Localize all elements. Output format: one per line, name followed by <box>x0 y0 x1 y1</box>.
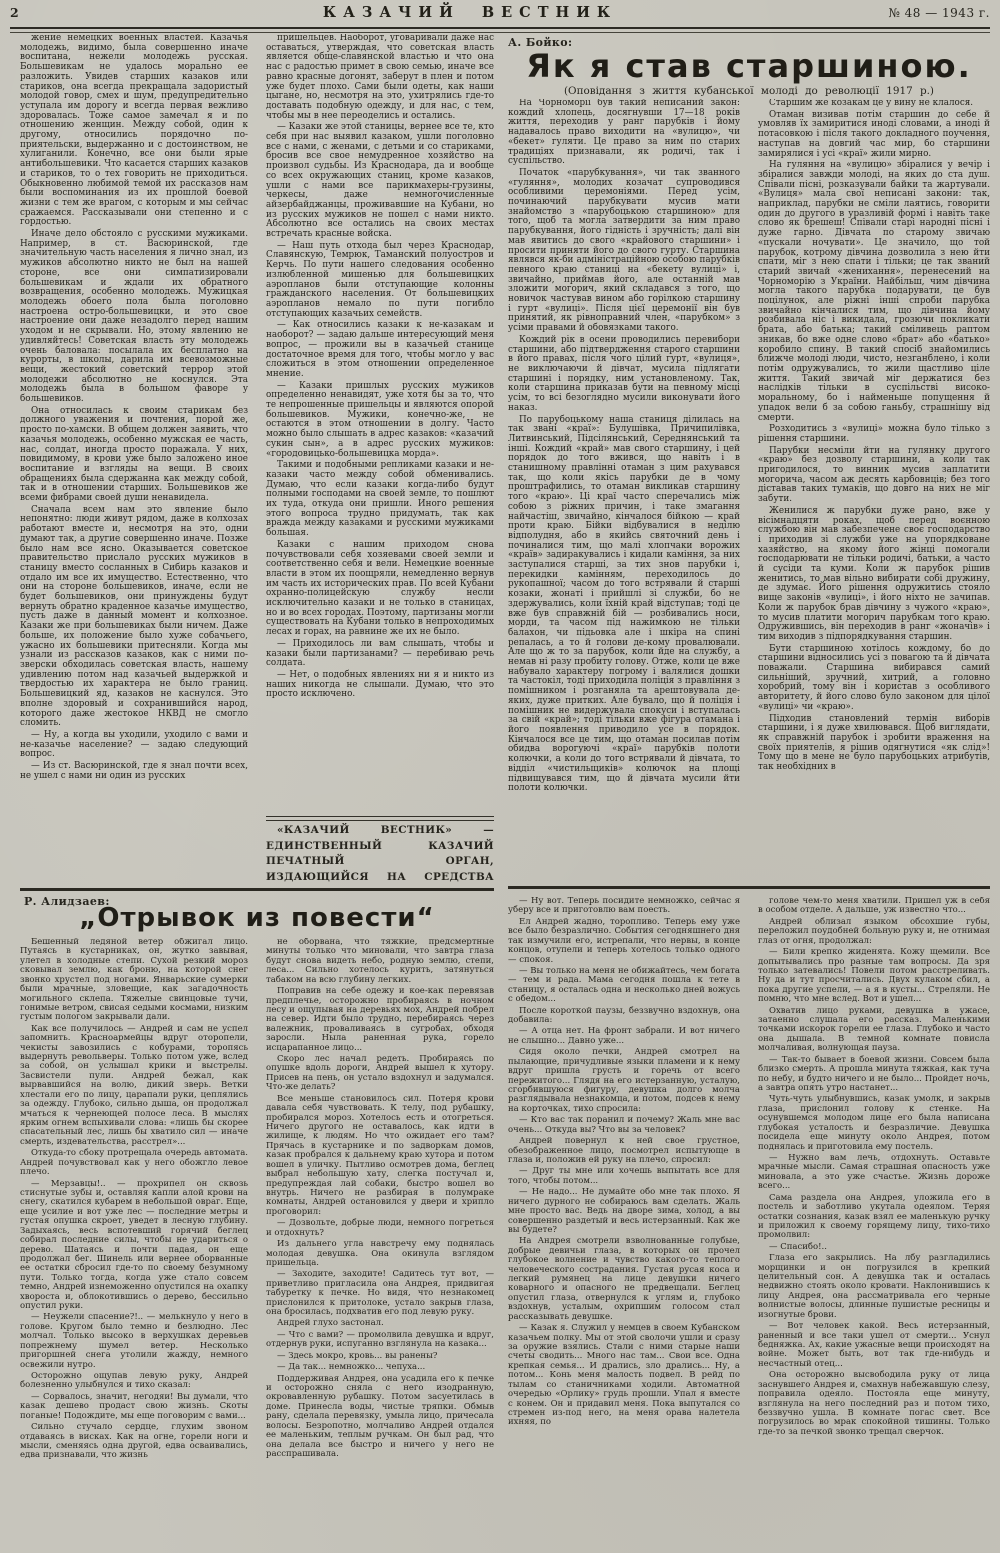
starshina-subtitle: (Оповідання з життя кубанської молоді до… <box>508 85 990 97</box>
paragraph: Иначе дело обстояло с русскими мужиками.… <box>20 230 248 405</box>
paragraph: — Казак я. Служил у немцев в своем Кубан… <box>508 1324 740 1428</box>
paragraph: Отаман визивав потім старшин до себе й у… <box>758 111 990 160</box>
paragraph: — Что с вами? — промолвила девушка и вдр… <box>266 1331 494 1350</box>
povest-column-1: Бешенный ледяной ветер обжигал лицо. Пут… <box>20 938 248 1550</box>
paragraph: — Нужно вам лечь, отдохнуть. Оставьте мр… <box>758 1154 990 1192</box>
paragraph: Как все получилось — Андрей и сам не усп… <box>20 1025 248 1147</box>
paragraph: Из дальнего угла навстречу ему поднялась… <box>266 1240 494 1268</box>
paragraph: Поправив на себе одежу и кое-как перевяз… <box>266 987 494 1053</box>
paragraph: — Не надо... Не думайте обо мне так плох… <box>508 1188 740 1235</box>
masthead: 2 КАЗАЧИЙ ВЕСТНИК № 48 — 1943 г. <box>10 4 990 24</box>
paragraph: Чуть-чуть улыбнувшись, казак умолк, и за… <box>758 1095 990 1152</box>
povest-column-2: не оборвана, что тяжкие, предсмертные ми… <box>266 938 494 1550</box>
paragraph: пришельцев. Наоборот, уговаривали даже н… <box>266 34 494 121</box>
newspaper-page: { "page": {"background": "#c7c5bc", "ink… <box>0 0 1000 1553</box>
newspaper-title: КАЗАЧИЙ ВЕСТНИК <box>100 4 840 21</box>
paragraph: — Так-то бывает в боевой жизни. Совсем б… <box>758 1056 990 1094</box>
paragraph: — Приходилось ли вам слышать, чтобы и ка… <box>266 640 494 669</box>
paragraph: Розходитись з «вулиці» можна було тілько… <box>758 425 990 444</box>
starshina-title: Як я став старшиною. <box>508 47 990 85</box>
paragraph: — А отца нет. На фронт забрали. И вот ни… <box>508 1027 740 1046</box>
povest-column-3: — Ну вот. Теперь посидите немножко, сейч… <box>508 897 740 1550</box>
paragraph: — Казаки же этой станицы, вернее все те,… <box>266 123 494 239</box>
paragraph: не оборвана, что тяжкие, предсмертные ми… <box>266 938 494 985</box>
paragraph: Підходив становлений термін виборів стар… <box>758 715 990 773</box>
paragraph: — Наш путь отхода был через Краснодар, С… <box>266 242 494 320</box>
paragraph: Андрей облизал языком обсохшие губы, пер… <box>758 918 990 946</box>
paragraph: Сначала всем нам это явление было непоня… <box>20 506 248 729</box>
paragraph: — Дозвольте, добрые люди, немного погрет… <box>266 1219 494 1238</box>
paragraph: После короткой паузы, беззвучно вздохнув… <box>508 1007 740 1026</box>
notice-top-rule <box>266 816 494 821</box>
paragraph: Початок «парубкування», чи так званного … <box>508 169 740 334</box>
paragraph: На гуляння на «вулицю» збіралися у вечір… <box>758 161 990 423</box>
page-number: 2 <box>10 5 100 20</box>
paragraph: — Ну вот. Теперь посидите немножко, сейч… <box>508 897 740 916</box>
paragraph: Андрей глухо застонал. <box>266 1319 494 1328</box>
paragraph: — Мерзавцы!.. — прохрипел он сквозь стис… <box>20 1180 248 1312</box>
paragraph: Она относилась к своим старикам без долж… <box>20 407 248 504</box>
left-section-rule <box>20 888 494 891</box>
paragraph: Ел Андрей жадно, торопливо. Теперь ему у… <box>508 918 740 965</box>
paragraph: — Заходите, заходите! Садитесь тут вот, … <box>266 1270 494 1317</box>
paragraph: Казаки с нашим приходом снова почувствов… <box>266 541 494 638</box>
paragraph: Поддерживая Андрея, она усадила его к пе… <box>266 1375 494 1460</box>
povest-title: „Отрывок из повести“ <box>20 903 494 933</box>
paragraph: Парубки несміли йти на гулянку другого «… <box>758 447 990 505</box>
paragraph: Сидя около печки, Андрей смотрел на пыла… <box>508 1048 740 1114</box>
paragraph: — Спасибо!.. <box>758 1243 990 1252</box>
right-section-rule <box>508 886 990 889</box>
paragraph: Андрей повернул к ней свое грустное, обе… <box>508 1137 740 1165</box>
povest-column-4: голове чем-то меня хватили. Пришел уж в … <box>758 897 990 1550</box>
paragraph: Женилися ж парубки дуже рано, вже у вісі… <box>758 507 990 643</box>
paragraph: — Сорвалось, значит, негодяи! Вы думали,… <box>20 1393 248 1421</box>
paragraph: — Да так... немножко... чепуха... <box>266 1363 494 1372</box>
paragraph: — Здесь мокро, кровь... вы ранены? <box>266 1352 494 1361</box>
starshina-column-1: На Чорноморії був такий неписаний закон:… <box>508 99 740 878</box>
paragraph: голове чем-то меня хватили. Пришел уж в … <box>758 897 990 916</box>
paragraph: На Чорноморії був такий неписаний закон:… <box>508 99 740 167</box>
paragraph: Глаза его закрылись. На лбу разгладились… <box>758 1254 990 1320</box>
paragraph: — Били крепко жиденята. Кожу щемили. Все… <box>758 948 990 1005</box>
paragraph: Сама раздела она Андрея, уложила его в п… <box>758 1194 990 1241</box>
paragraph: — Друг ты мне или хочешь выпытать все дл… <box>508 1167 740 1186</box>
paragraph: Сильно стучало сердце, глухим звоном отд… <box>20 1423 248 1461</box>
paragraph: жение немецких военных властей. Казачья … <box>20 34 248 228</box>
paragraph: Старшим же козакам це у вину не клалося. <box>758 99 990 109</box>
interview-article-column-2: пришельцев. Наоборот, уговаривали даже н… <box>266 34 494 813</box>
paragraph: Бешенный ледяной ветер обжигал лицо. Пут… <box>20 938 248 1023</box>
paragraph: — Как относились казаки к не-казакам и н… <box>266 321 494 379</box>
paragraph: — Кто вас так поранил и почему? Жаль мне… <box>508 1116 740 1135</box>
paragraph: — Из ст. Васюринской, где я знал почти в… <box>20 762 248 781</box>
starshina-column-2: Старшим же козакам це у вину не клалося.… <box>758 99 990 878</box>
issue-number: № 48 — 1943 г. <box>840 6 990 20</box>
paragraph: Такими и подобными репликами казаки и не… <box>266 461 494 539</box>
notice-text: «КАЗАЧИЙ ВЕСТНИК» — ЕДИНСТВЕННЫЙ КАЗАЧИЙ… <box>266 823 494 885</box>
paragraph: — Нет, о подобных явлениях ни я и никто … <box>266 671 494 700</box>
paragraph: Охватив лицо руками, девушка в ужасе, за… <box>758 1007 990 1054</box>
paragraph: — Ну, а когда вы уходили, уходило с вами… <box>20 731 248 760</box>
paragraph: Она осторожно высвободила руку от лица з… <box>758 1371 990 1437</box>
paragraph: Все меньше становилось сил. Потеря крови… <box>266 1095 494 1217</box>
paragraph: На Андрея смотрели взволнованные голубые… <box>508 1237 740 1322</box>
paragraph: Скоро лес начал редеть. Пробираясь по оп… <box>266 1055 494 1093</box>
interview-article-column-1: жение немецких военных властей. Казачья … <box>20 34 248 903</box>
paragraph: По парубоцькому наша станиця ділилась на… <box>508 416 740 794</box>
paragraph: Осторожно ощупав левую руку, Андрей боле… <box>20 1372 248 1391</box>
paragraph: Бути старшиною хотілось кождому, бо до с… <box>758 645 990 713</box>
paragraph: Откуда-то сбоку протрещала очередь автом… <box>20 1149 248 1177</box>
paragraph: — Казаки пришлых русских мужиков определ… <box>266 382 494 460</box>
paragraph: — Вот человек какой. Весь истерзанный, р… <box>758 1322 990 1369</box>
paragraph: Кождий рік в осени проводились перевибор… <box>508 336 740 414</box>
paragraph: — Неужели спасение?!.. — мелькнуло у нег… <box>20 1313 248 1370</box>
paragraph: — Вы только на меня не обижайтесь, чем б… <box>508 967 740 1005</box>
editorial-notice: «КАЗАЧИЙ ВЕСТНИК» — ЕДИНСТВЕННЫЙ КАЗАЧИЙ… <box>266 823 494 885</box>
masthead-rule <box>10 27 990 33</box>
